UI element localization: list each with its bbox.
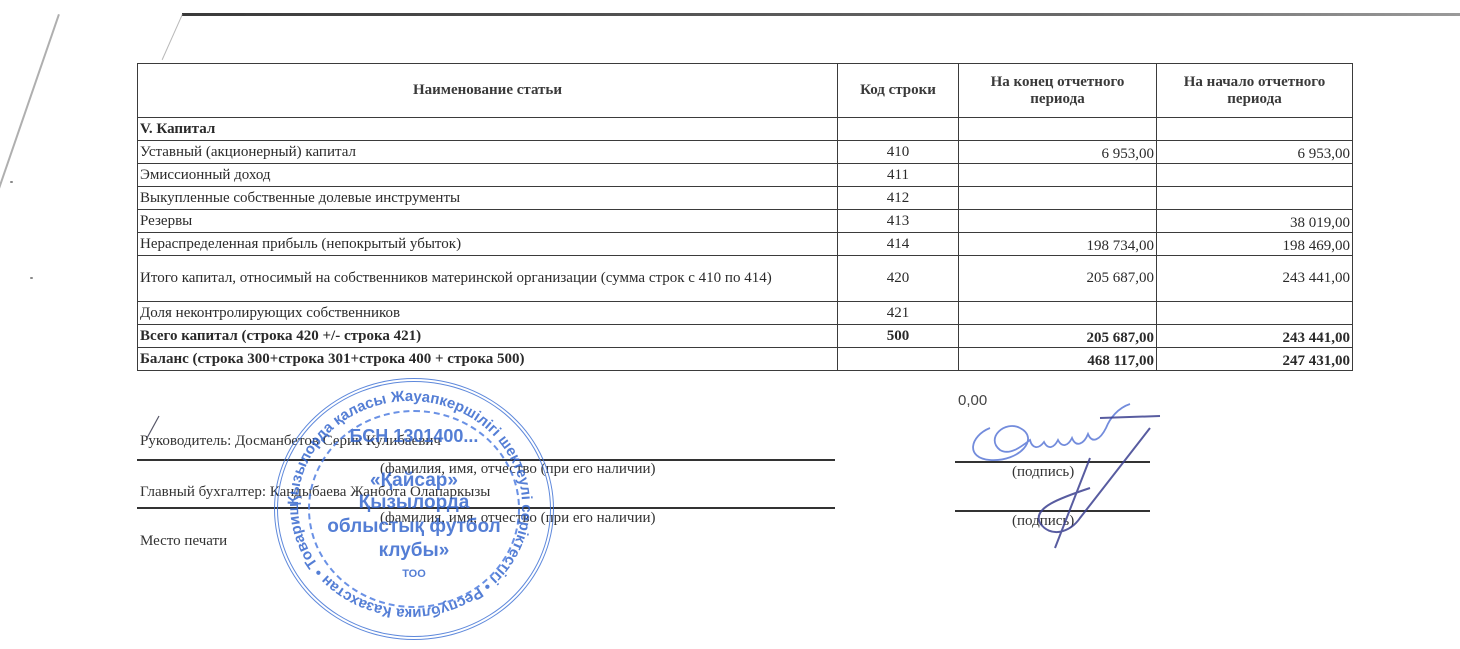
row-begin-value: 6 953,00	[1157, 141, 1353, 164]
row-end-value: 205 687,00	[959, 256, 1157, 302]
stamp-name-4: клубы»	[278, 540, 550, 562]
row-begin-value	[1157, 118, 1353, 141]
row-code	[838, 348, 959, 371]
header-end-period: На конец отчетного периода	[959, 64, 1157, 118]
table-row: Выкупленные собственные долевые инструме…	[138, 187, 1353, 210]
row-begin-value: 38 019,00	[1157, 210, 1353, 233]
table-row: Уставный (акционерный) капитал4106 953,0…	[138, 141, 1353, 164]
row-end-value	[959, 187, 1157, 210]
table-row: Всего капитал (строка 420 +/- строка 421…	[138, 325, 1353, 348]
stamp-bin: БСН 1301400...	[278, 426, 550, 447]
row-code: 421	[838, 302, 959, 325]
row-begin-value	[1157, 187, 1353, 210]
header-begin-period: На начало отчетного периода	[1157, 64, 1353, 118]
scan-speck	[10, 181, 13, 183]
row-begin-value: 247 431,00	[1157, 348, 1353, 371]
row-code: 411	[838, 164, 959, 187]
row-name: Эмиссионный доход	[138, 164, 838, 187]
row-name: Итого капитал, относимый на собственнико…	[138, 256, 838, 302]
stamp-name-3: облыстық футбол	[278, 516, 550, 538]
row-end-value: 205 687,00	[959, 325, 1157, 348]
table-row: Резервы41338 019,00	[138, 210, 1353, 233]
row-name: Уставный (акционерный) капитал	[138, 141, 838, 164]
row-begin-value	[1157, 164, 1353, 187]
pen-mark	[145, 412, 175, 442]
row-name: Всего капитал (строка 420 +/- строка 421…	[138, 325, 838, 348]
row-end-value	[959, 210, 1157, 233]
row-begin-value: 243 441,00	[1157, 256, 1353, 302]
table-row: Эмиссионный доход411	[138, 164, 1353, 187]
row-code: 414	[838, 233, 959, 256]
row-name: Резервы	[138, 210, 838, 233]
row-end-value: 6 953,00	[959, 141, 1157, 164]
row-code: 500	[838, 325, 959, 348]
page-edge-corner	[162, 14, 183, 60]
row-end-value	[959, 164, 1157, 187]
row-code	[838, 118, 959, 141]
table-row: Итого капитал, относимый на собственнико…	[138, 256, 1353, 302]
row-code: 413	[838, 210, 959, 233]
row-end-value	[959, 118, 1157, 141]
row-code: 410	[838, 141, 959, 164]
row-name: Нераспределенная прибыль (непокрытый убы…	[138, 233, 838, 256]
balance-sheet-table: Наименование статьи Код строки На конец …	[137, 63, 1353, 371]
row-begin-value	[1157, 302, 1353, 325]
stamp-form: ТОО	[278, 568, 550, 580]
row-end-value	[959, 302, 1157, 325]
header-code: Код строки	[838, 64, 959, 118]
seal-place-label: Место печати	[140, 533, 227, 550]
handwritten-signature	[960, 398, 1200, 558]
table-row: V. Капитал	[138, 118, 1353, 141]
stamp-name-2: Қызылорда	[278, 492, 550, 514]
row-name: Доля неконтролирующих собственников	[138, 302, 838, 325]
table-row: Баланс (строка 300+строка 301+строка 400…	[138, 348, 1353, 371]
scan-speck	[30, 277, 33, 279]
row-name: Выкупленные собственные долевые инструме…	[138, 187, 838, 210]
page-edge-diagonal	[0, 14, 60, 227]
row-begin-value: 198 469,00	[1157, 233, 1353, 256]
stamp-name-1: «Қайсар»	[278, 470, 550, 492]
row-end-value: 468 117,00	[959, 348, 1157, 371]
company-stamp: Қызылорда қаласы Жауапкершілігі шектеулі…	[274, 378, 554, 640]
row-begin-value: 243 441,00	[1157, 325, 1353, 348]
row-end-value: 198 734,00	[959, 233, 1157, 256]
table-header-row: Наименование статьи Код строки На конец …	[138, 64, 1353, 118]
row-name: V. Капитал	[138, 118, 838, 141]
header-name: Наименование статьи	[138, 64, 838, 118]
row-code: 412	[838, 187, 959, 210]
table-row: Нераспределенная прибыль (непокрытый убы…	[138, 233, 1353, 256]
table-row: Доля неконтролирующих собственников421	[138, 302, 1353, 325]
row-code: 420	[838, 256, 959, 302]
row-name: Баланс (строка 300+строка 301+строка 400…	[138, 348, 838, 371]
page-edge-top	[182, 13, 1460, 16]
